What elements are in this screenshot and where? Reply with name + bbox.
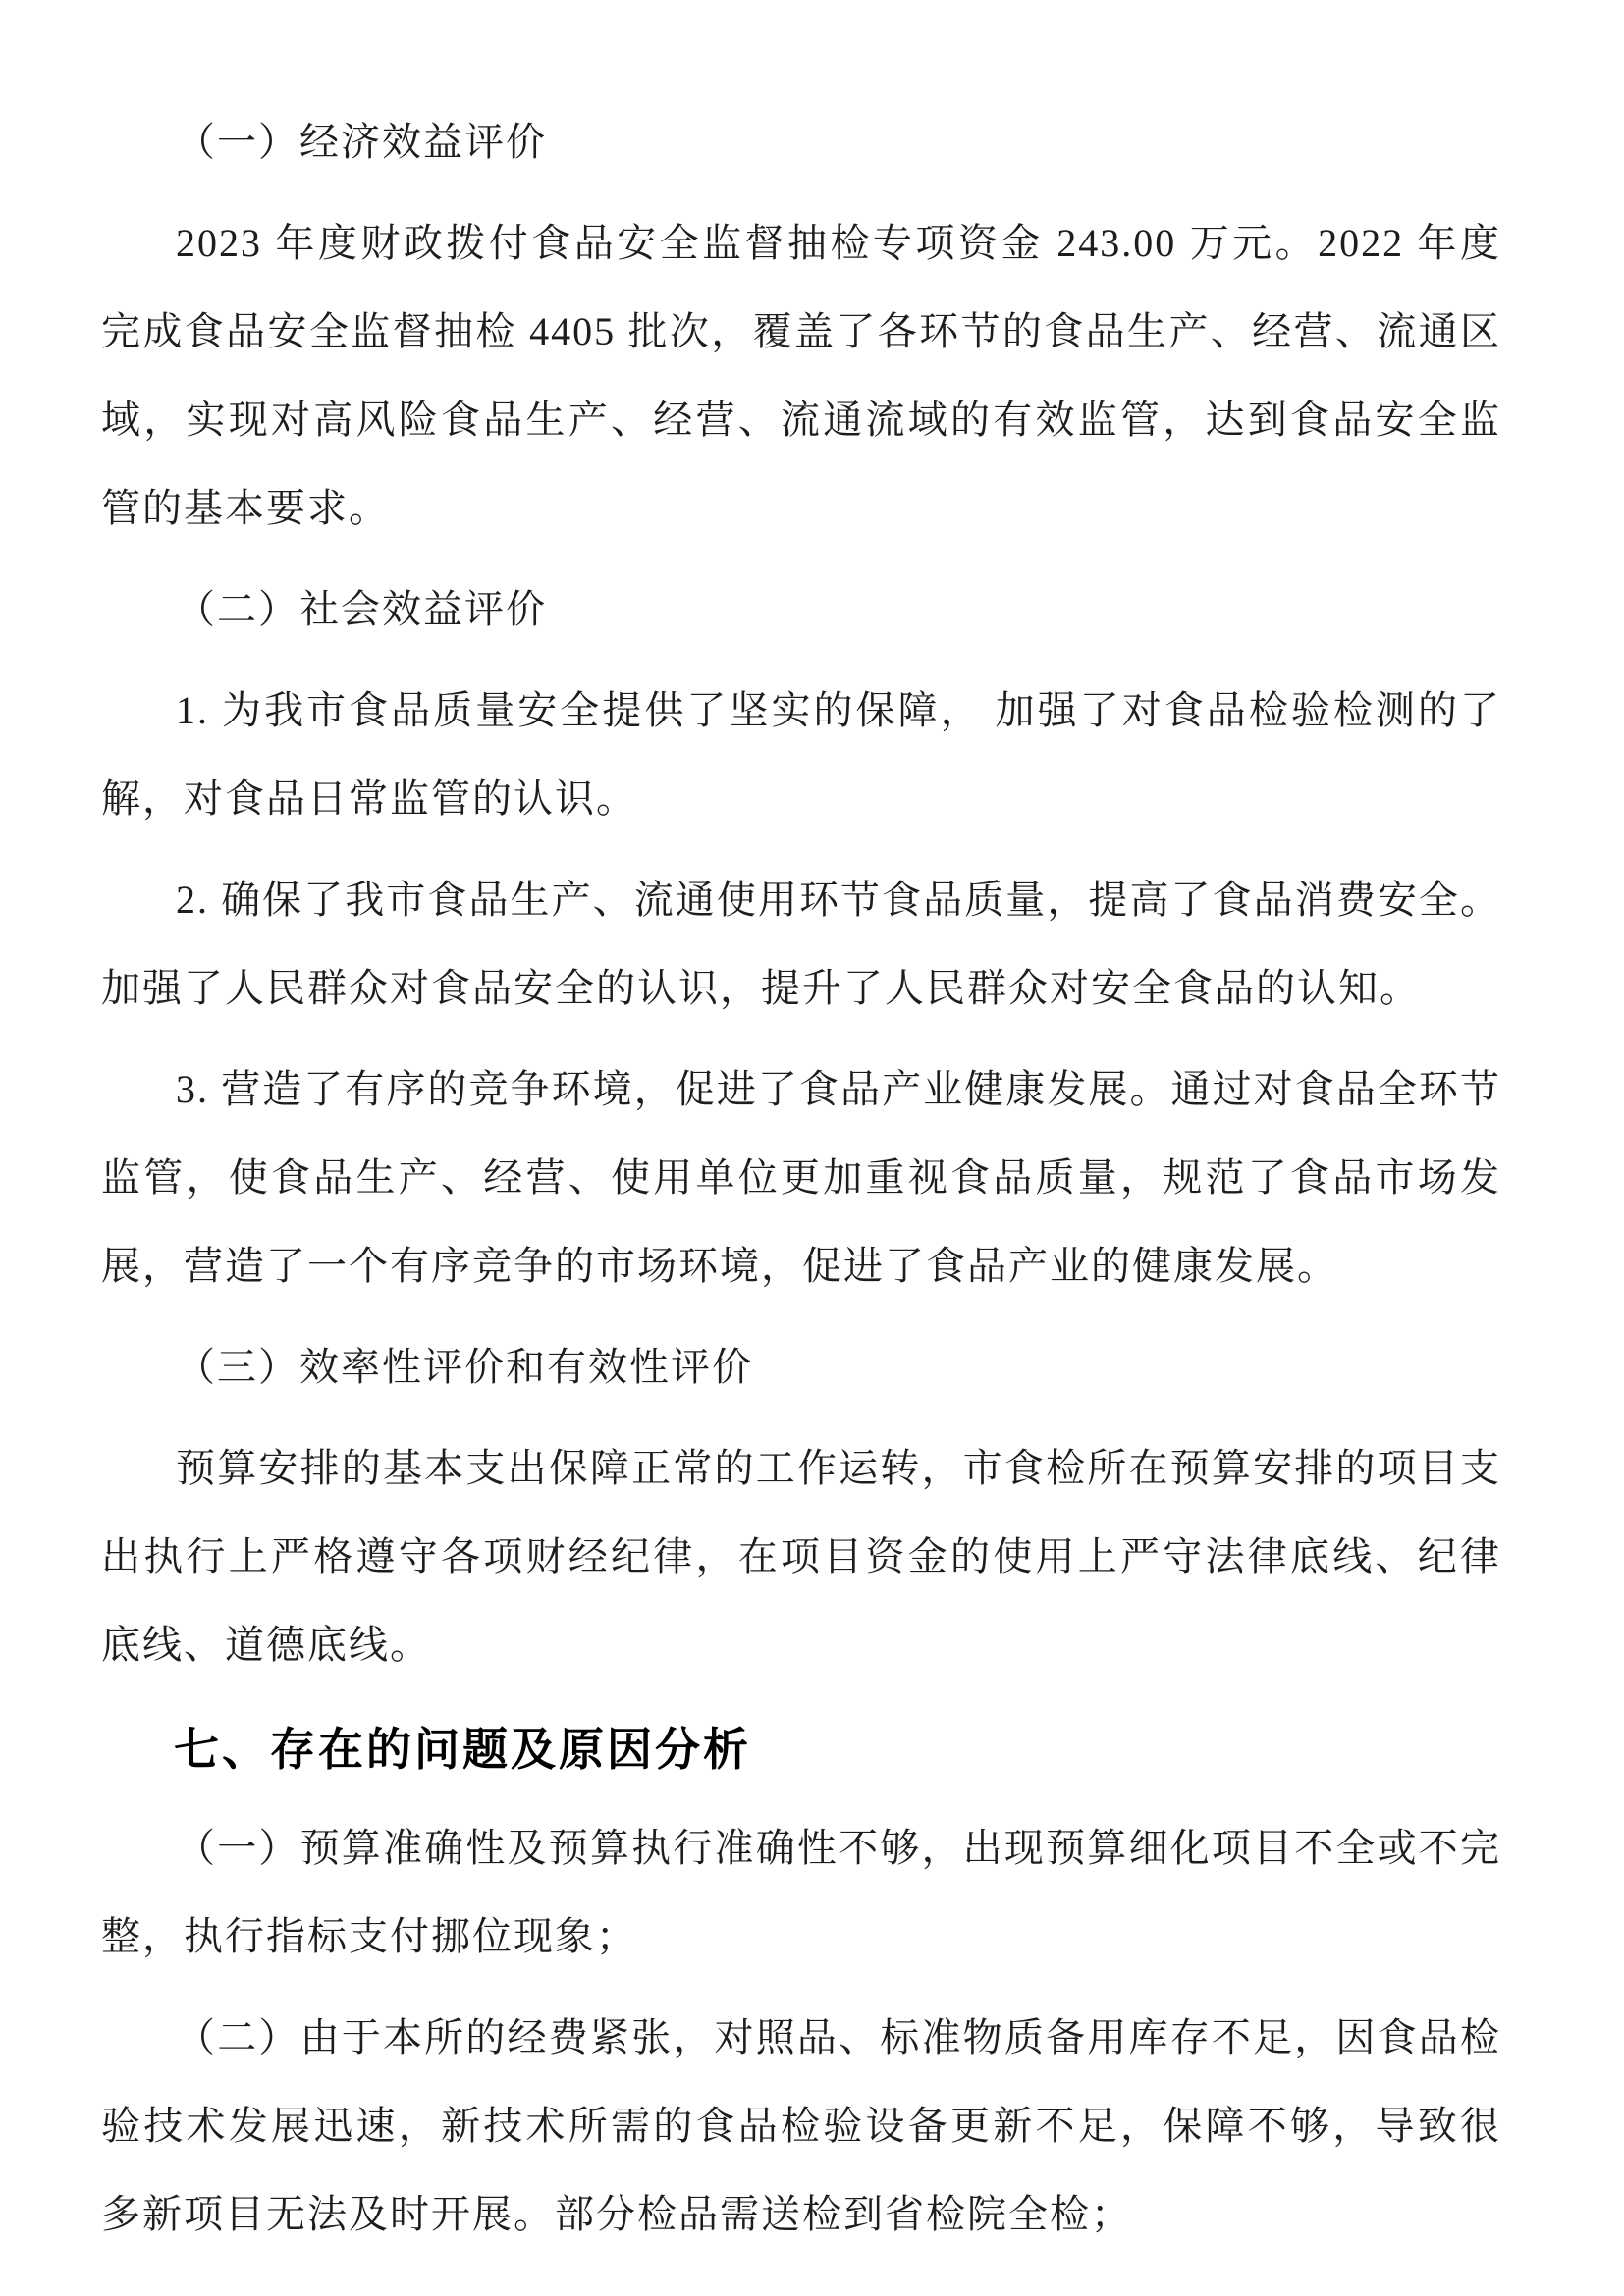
section-heading-social-benefit: （二）社会效益评价: [101, 565, 1501, 654]
paragraph-economic-benefit-eval: 2023 年度财政拨付食品安全监督抽检专项资金 243.00 万元。2022 年…: [101, 199, 1501, 553]
paragraph-social-benefit-item-1: 1. 为我市食品质量安全提供了坚实的保障， 加强了对食品检验检测的了解，对食品日…: [101, 667, 1501, 843]
section-heading-economic-benefit: （一）经济效益评价: [101, 98, 1501, 187]
paragraph-problem-1-budget-accuracy: （一）预算准确性及预算执行准确性不够，出现预算细化项目不全或不完整，执行指标支付…: [101, 1804, 1501, 1981]
paragraph-social-benefit-item-3: 3. 营造了有序的竞争环境，促进了食品产业健康发展。通过对食品全环节监管，使食品…: [101, 1045, 1501, 1310]
paragraph-social-benefit-item-2: 2. 确保了我市食品生产、流通使用环节食品质量，提高了食品消费安全。加强了人民群…: [101, 856, 1501, 1033]
paragraph-problem-2-funding-shortage: （二）由于本所的经费紧张，对照品、标准物质备用库存不足，因食品检验技术发展迅速，…: [101, 1994, 1501, 2259]
document-page: （一）经济效益评价 2023 年度财政拨付食品安全监督抽检专项资金 243.00…: [0, 0, 1624, 2296]
chapter-heading-problems-and-causes: 七、存在的问题及原因分析: [101, 1702, 1501, 1796]
section-heading-efficiency-effectiveness: （三）效率性评价和有效性评价: [101, 1323, 1501, 1412]
paragraph-budget-discipline: 预算安排的基本支出保障正常的工作运转，市食检所在预算安排的项目支出执行上严格遵守…: [101, 1424, 1501, 1689]
